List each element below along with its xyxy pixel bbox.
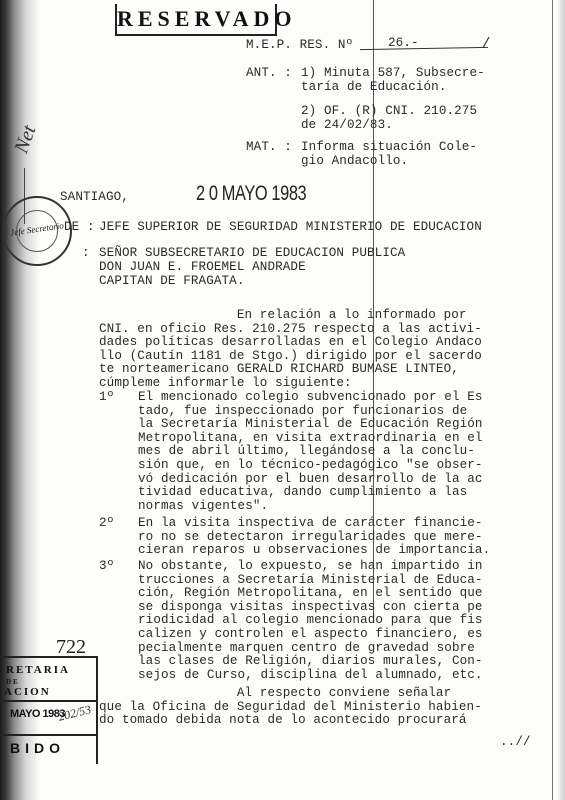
point-line: trucciones a Secretaría Ministerial de E…: [138, 573, 483, 587]
point-line: calizen y controlen el aspecto financier…: [138, 627, 483, 641]
point-line: No obstante, lo expuesto, se han imparti…: [138, 559, 483, 573]
stamp-divider-1: [0, 700, 96, 702]
mat-line1: Informa situación Cole-: [301, 140, 477, 154]
ministry-seal: Jefe Secretario: [2, 196, 72, 266]
closing-line: Al respecto conviene señalar: [99, 686, 451, 700]
to-line1: SEÑOR SUBSECRETARIO DE EDUCACION PUBLICA: [99, 246, 405, 260]
continuation-mark: ..//: [500, 735, 531, 749]
point-line: Metropolitana, en visita extraordinaria …: [138, 431, 483, 445]
ant-1-line2: taría de Educación.: [301, 80, 447, 94]
point-number: 3º: [99, 559, 114, 573]
mat-line2: gio Andacollo.: [301, 154, 408, 168]
intro-line: te norteamericano GERALD RICHARD BUMASE …: [99, 362, 459, 376]
intro-line: CNI. en oficio Res. 210.275 respecto a l…: [99, 322, 482, 336]
stamp-footer: BIDO: [10, 740, 65, 756]
closing-line: que la Oficina de Seguridad del Minister…: [99, 700, 482, 714]
mat-label: MAT. :: [246, 140, 292, 154]
point-line: ro no se detectaron irregularidades que …: [138, 530, 483, 544]
stamp-line2: DE: [6, 678, 20, 686]
to-line2: DON JUAN E. FROEMEL ANDRADE: [99, 260, 306, 274]
point-line: vó dedicación por el buen desarrollo de …: [138, 472, 483, 486]
point-line: El mencionado colegio subvencionado por …: [138, 390, 483, 404]
to-label: :: [82, 246, 90, 260]
page-edge-line: [552, 0, 553, 800]
from-value: JEFE SUPERIOR DE SEGURIDAD MINISTERIO DE…: [99, 220, 482, 234]
point-line: mes de abril último, llegándose a la con…: [138, 444, 475, 458]
intro-line: cúmpleme informarle lo siguiente:: [99, 376, 352, 390]
point-number: 1º: [99, 390, 114, 404]
point-line: sión que, en lo técnico-pedagógico "se o…: [138, 458, 483, 472]
closing-line: do tomado debida nota de lo acontecido p…: [99, 713, 467, 727]
point-line: sejos de Curso, disciplina del alumnado,…: [138, 668, 483, 682]
ant-1-line1: 1) Minuta 587, Subsecre-: [301, 66, 485, 80]
reservado-stamp: RESERVADO: [115, 4, 277, 36]
date-stamp: 2 0 MAYO 1983: [196, 182, 306, 206]
point-line: tado, fue inspeccionado por funcionarios…: [138, 404, 467, 418]
point-line: riodicidad al colegio mencionado para qu…: [138, 613, 483, 627]
ant-label: ANT. :: [246, 66, 292, 80]
stamp-border-top: [0, 656, 96, 658]
stamp-divider-2: [0, 734, 96, 736]
ant-2-line1: 2) OF. (R) CNI. 210.275: [301, 104, 477, 118]
point-line: se disponga visitas inspectivas con cier…: [138, 600, 483, 614]
point-line: las clases de Religión, diarios murales,…: [138, 654, 483, 668]
res-slash: /: [482, 36, 490, 52]
place: SANTIAGO,: [60, 190, 129, 204]
res-label: M.E.P. RES. Nº: [246, 38, 353, 52]
point-line: cieran reparos u observaciones de import…: [138, 543, 490, 557]
res-number-underline: [360, 47, 488, 50]
stamp-line3: ACION: [4, 686, 51, 698]
stamp-line1: RETARIA: [6, 664, 70, 676]
intro-line: En relación a lo informado por: [99, 308, 467, 322]
intro-line: dades políticas desarrolladas en el Cole…: [99, 335, 482, 349]
point-line: pecialmente marquen centro de gravedad s…: [138, 641, 475, 655]
point-line: normas vigentes".: [138, 499, 268, 513]
point-line: En la visita inspectiva de carácter fina…: [138, 516, 483, 530]
document-page: RESERVADO M.E.P. RES. Nº 26.- / ANT. : 1…: [0, 0, 565, 800]
point-line: tividad educativa, dando cumplimiento a …: [138, 485, 467, 499]
ant-2-line2: de 24/02/83.: [301, 118, 393, 132]
point-line: ción, Región Metropolitana, en el sentid…: [138, 586, 483, 600]
point-line: la Secretaría Ministerial de Educación R…: [138, 417, 483, 431]
to-line3: CAPITAN DE FRAGATA.: [99, 274, 245, 288]
from-label: DE :: [64, 220, 95, 234]
point-number: 2º: [99, 516, 114, 530]
scan-shadow-right: [557, 0, 565, 800]
intro-line: llo (Cautín 1181 de Stgo.) dirigido por …: [99, 349, 482, 363]
